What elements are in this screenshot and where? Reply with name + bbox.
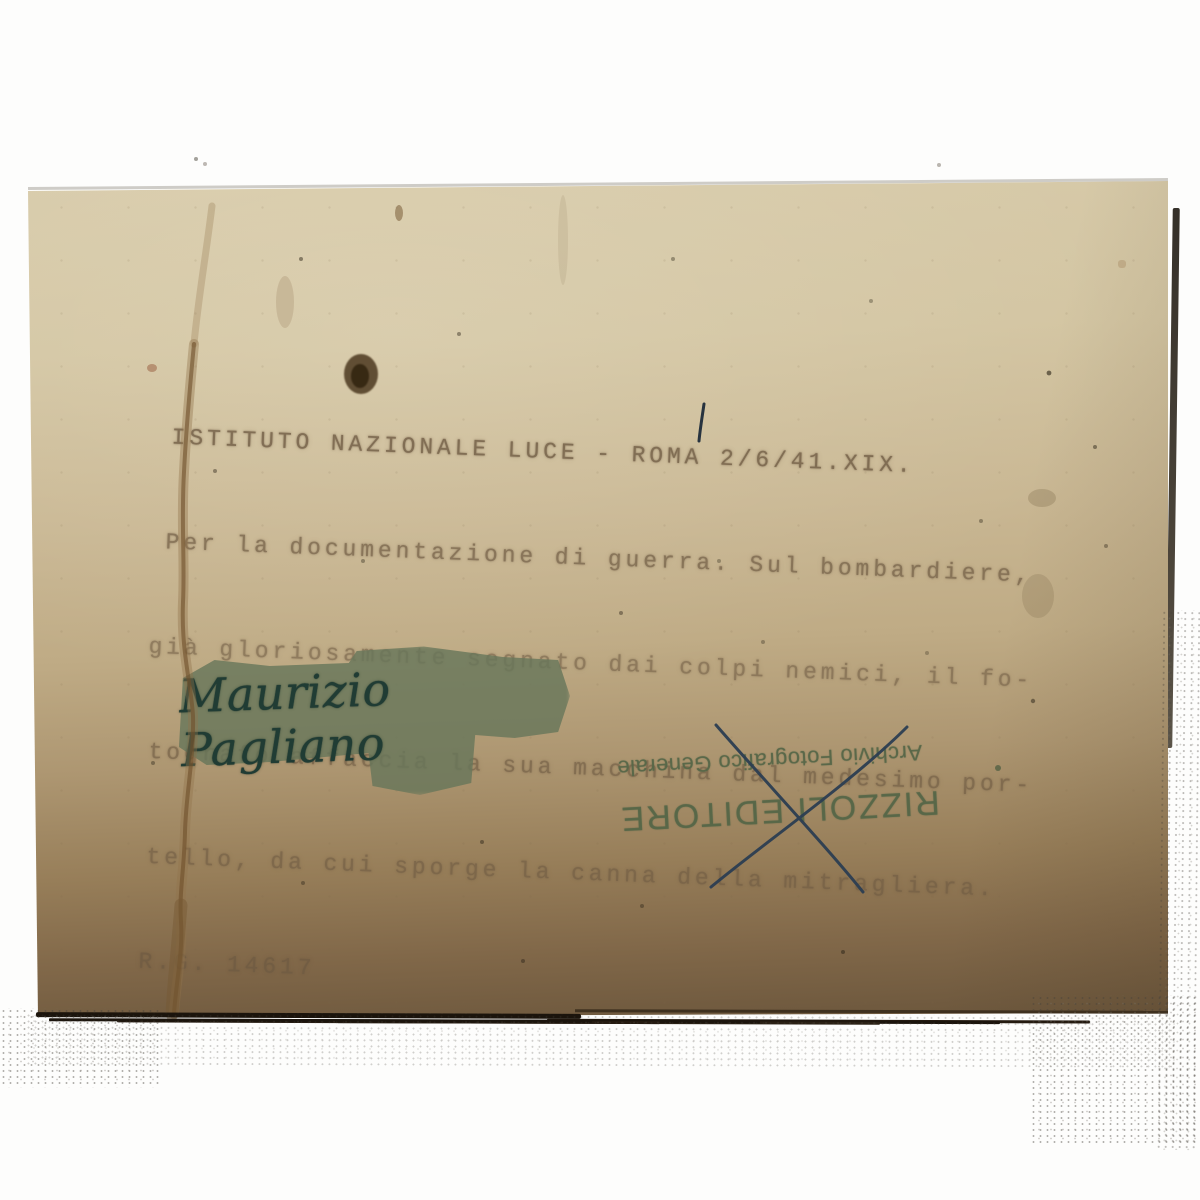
publisher-stamp-upside-down: RIZZOLI EDITORE Archivio Fotografico Gen… bbox=[615, 716, 1000, 848]
photo-of-document: ISTITUTO NAZIONALE LUCE - ROMA 2/6/41.XI… bbox=[0, 0, 1200, 1200]
caption-line-5: tello, da cui sporge la canna della mitr… bbox=[146, 840, 1030, 909]
caption-archive-number: R.G. 14617 bbox=[138, 945, 1026, 1014]
paper-specks bbox=[0, 0, 2, 2]
grain-bottom-left bbox=[0, 1008, 160, 1088]
grain-bottom-band bbox=[25, 1012, 1175, 1067]
caption-line-1: ISTITUTO NAZIONALE LUCE - ROMA 2/6/41.XI… bbox=[171, 421, 1046, 490]
caption-line-2: Per la documentazione di guerra. Sul bom… bbox=[165, 525, 1042, 594]
signature: Maurizio Pagliano bbox=[178, 655, 602, 778]
